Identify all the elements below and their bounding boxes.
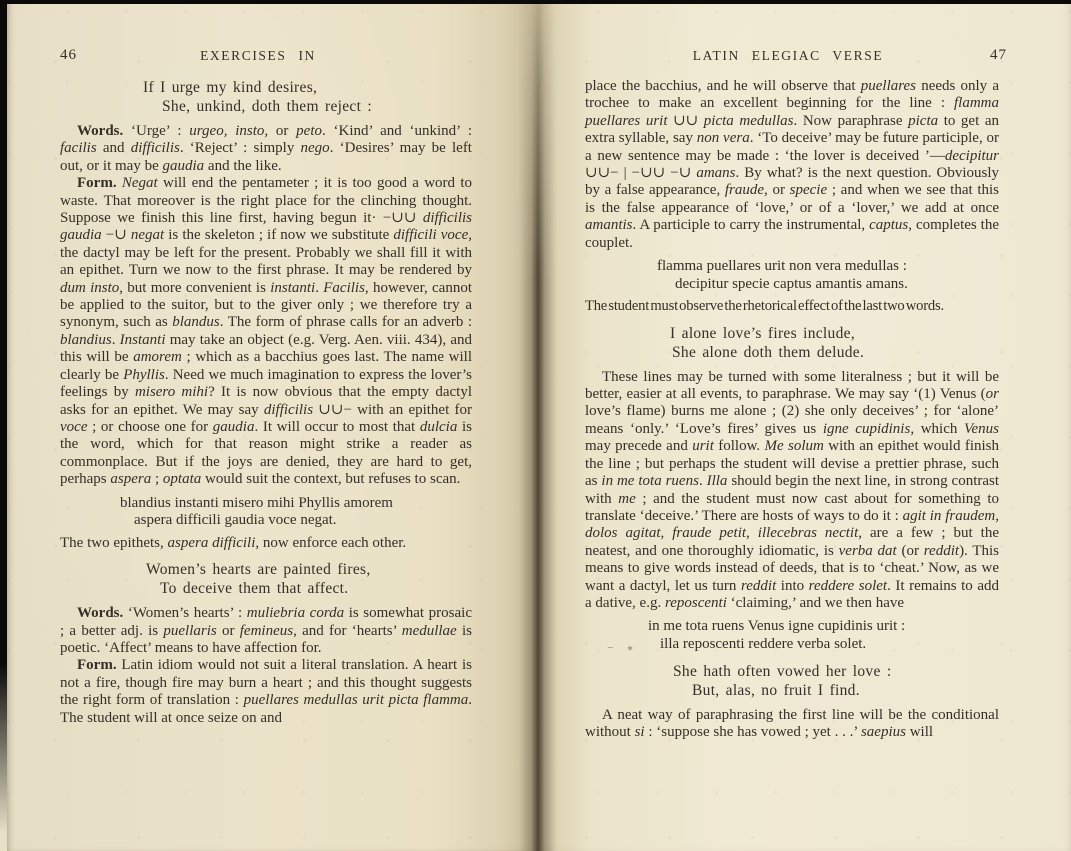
latin-line: aspera difficili gaudia voce negat. (134, 512, 472, 530)
page-content-left: If I urge my kind desires,She, unkind, d… (60, 70, 472, 727)
closing-paragraph: A neat way of paraphrasing the first lin… (585, 707, 999, 742)
running-head-right: LATIN ELEGIAC VERSE (578, 48, 998, 64)
continuation-paragraph: place the bacchius, and he will observe … (585, 78, 999, 252)
page-content-right: place the bacchius, and he will observe … (585, 78, 999, 741)
english-couplet: She hath often vowed her love :But, alas… (585, 662, 999, 700)
words-paragraph: Words. ‘Urge’ : urgeo, insto, or peto. ‘… (60, 123, 472, 175)
verse-line: Women’s hearts are painted fires, (146, 560, 472, 579)
latin-line: decipitur specie captus amantis amans. (675, 276, 999, 294)
page-right: LATIN ELEGIAC VERSE 47 place the bacchiu… (538, 0, 1071, 851)
verse-line: To deceive them that affect. (160, 579, 472, 598)
form-paragraph: Form. Negat will end the pentameter ; it… (60, 175, 472, 488)
discussion-paragraph: These lines may be turned with some lite… (585, 369, 999, 613)
latin-line: flamma puellares urit non vera medullas … (657, 258, 999, 276)
page-number-right: 47 (990, 47, 1007, 64)
verse-line: She alone doth them delude. (672, 343, 999, 362)
latin-couplet: blandius instanti misero mihi Phyllis am… (60, 495, 472, 530)
pencil-mark: ‒ ⁎ (608, 639, 639, 657)
words-paragraph: Words. ‘Women’s hearts’ : muliebria cord… (60, 605, 472, 657)
running-head-left: EXERCISES IN (52, 48, 464, 64)
verse-line: But, alas, no fruit I find. (692, 681, 999, 700)
verse-line: If I urge my kind desires, (143, 78, 472, 97)
english-couplet: Women’s hearts are painted fires,To dece… (60, 560, 472, 598)
verse-line: She hath often vowed her love : (673, 662, 999, 681)
verse-line: She, unkind, doth them reject : (162, 97, 472, 116)
comment-line: The student must observe the rhetorical … (585, 298, 999, 315)
verse-line: I alone love’s fires include, (670, 324, 999, 343)
latin-line: in me tota ruens Venus igne cupidinis ur… (648, 618, 999, 636)
latin-line: blandius instanti misero mihi Phyllis am… (120, 495, 472, 513)
form-paragraph: Form. Latin idiom would not suit a liter… (60, 657, 472, 727)
comment-line: The two epithets, aspera difficili, now … (60, 535, 472, 552)
page-left: 46 EXERCISES IN If I urge my kind desire… (7, 0, 538, 851)
latin-couplet: flamma puellares urit non vera medullas … (585, 258, 999, 293)
latin-couplet: in me tota ruens Venus igne cupidinis ur… (585, 618, 999, 653)
english-couplet: I alone love’s fires include,She alone d… (585, 324, 999, 362)
book-scan-spread: 46 EXERCISES IN If I urge my kind desire… (0, 0, 1071, 851)
scan-edge-left (0, 0, 7, 851)
latin-line: illa reposcenti reddere verba solet.‒ ⁎ (660, 636, 999, 654)
english-couplet: If I urge my kind desires,She, unkind, d… (60, 78, 472, 116)
